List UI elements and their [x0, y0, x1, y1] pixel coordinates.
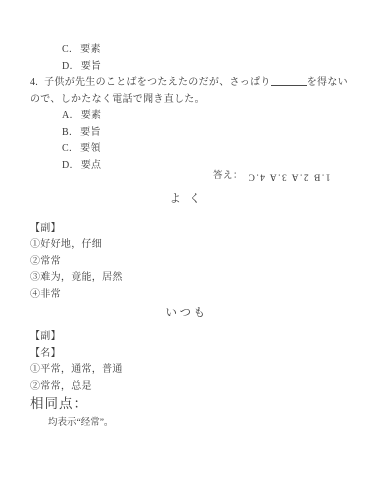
fill-in-blank-underline	[271, 75, 307, 86]
question-text-after-blank: を得ない	[307, 77, 348, 88]
sense-item: ①平常，通常，普通	[30, 362, 340, 379]
question-number: 4.	[30, 77, 38, 88]
sense-item: ②常常，总是	[30, 379, 340, 396]
answer-key-line: 答え：1.B 2.A 3.A 4.C	[213, 168, 340, 185]
option-row-c: C.要領	[30, 141, 340, 158]
option-text: 要旨	[80, 127, 101, 138]
headword-yoku: よく	[30, 191, 340, 207]
sense-item: ③难为，竟能，居然	[30, 270, 340, 287]
headword-itsumo: いつも	[30, 305, 340, 321]
document-page: C.要素 D.要旨 4.子供が先生のことばをつたえたのだが、さっぱりを得ない の…	[0, 0, 370, 480]
option-label: D.	[62, 61, 73, 72]
option-text: 要素	[80, 44, 101, 55]
pos-tag-adverb: 【副】	[30, 221, 340, 238]
answer-text-upside-down: 1.B 2.A 3.A 4.C	[247, 168, 330, 185]
prev-option-row-d: D.要旨	[30, 59, 340, 76]
pos-tag-adverb: 【副】	[30, 329, 340, 346]
prev-option-row-c: C.要素	[30, 42, 340, 59]
answer-label: 答え：	[213, 171, 243, 181]
sense-item: ①好好地，仔细	[30, 237, 340, 254]
option-label: D.	[62, 160, 73, 171]
option-text: 要点	[81, 160, 102, 171]
option-label: B.	[62, 127, 72, 138]
option-label: A.	[62, 110, 73, 121]
option-row-b: B.要旨	[30, 125, 340, 142]
sense-item: ②常常	[30, 254, 340, 271]
comparison-heading: 相同点：	[30, 395, 340, 413]
question-4-line-2: ので、しかたなく電話で聞き直した。	[30, 92, 340, 109]
option-text: 要旨	[81, 61, 102, 72]
pos-tag-noun: 【名】	[30, 346, 340, 363]
question-text-before-blank: 子供が先生のことばをつたえたのだが、さっぱり	[44, 77, 271, 88]
option-row-a: A.要素	[30, 108, 340, 125]
option-text: 要素	[81, 110, 102, 121]
option-text: 要領	[80, 143, 101, 154]
option-label: C.	[62, 143, 72, 154]
sense-item: ④非常	[30, 287, 340, 304]
comparison-body: 均表示“经常”。	[30, 415, 340, 432]
option-label: C.	[62, 44, 72, 55]
question-4-line-1: 4.子供が先生のことばをつたえたのだが、さっぱりを得ない	[30, 75, 340, 92]
